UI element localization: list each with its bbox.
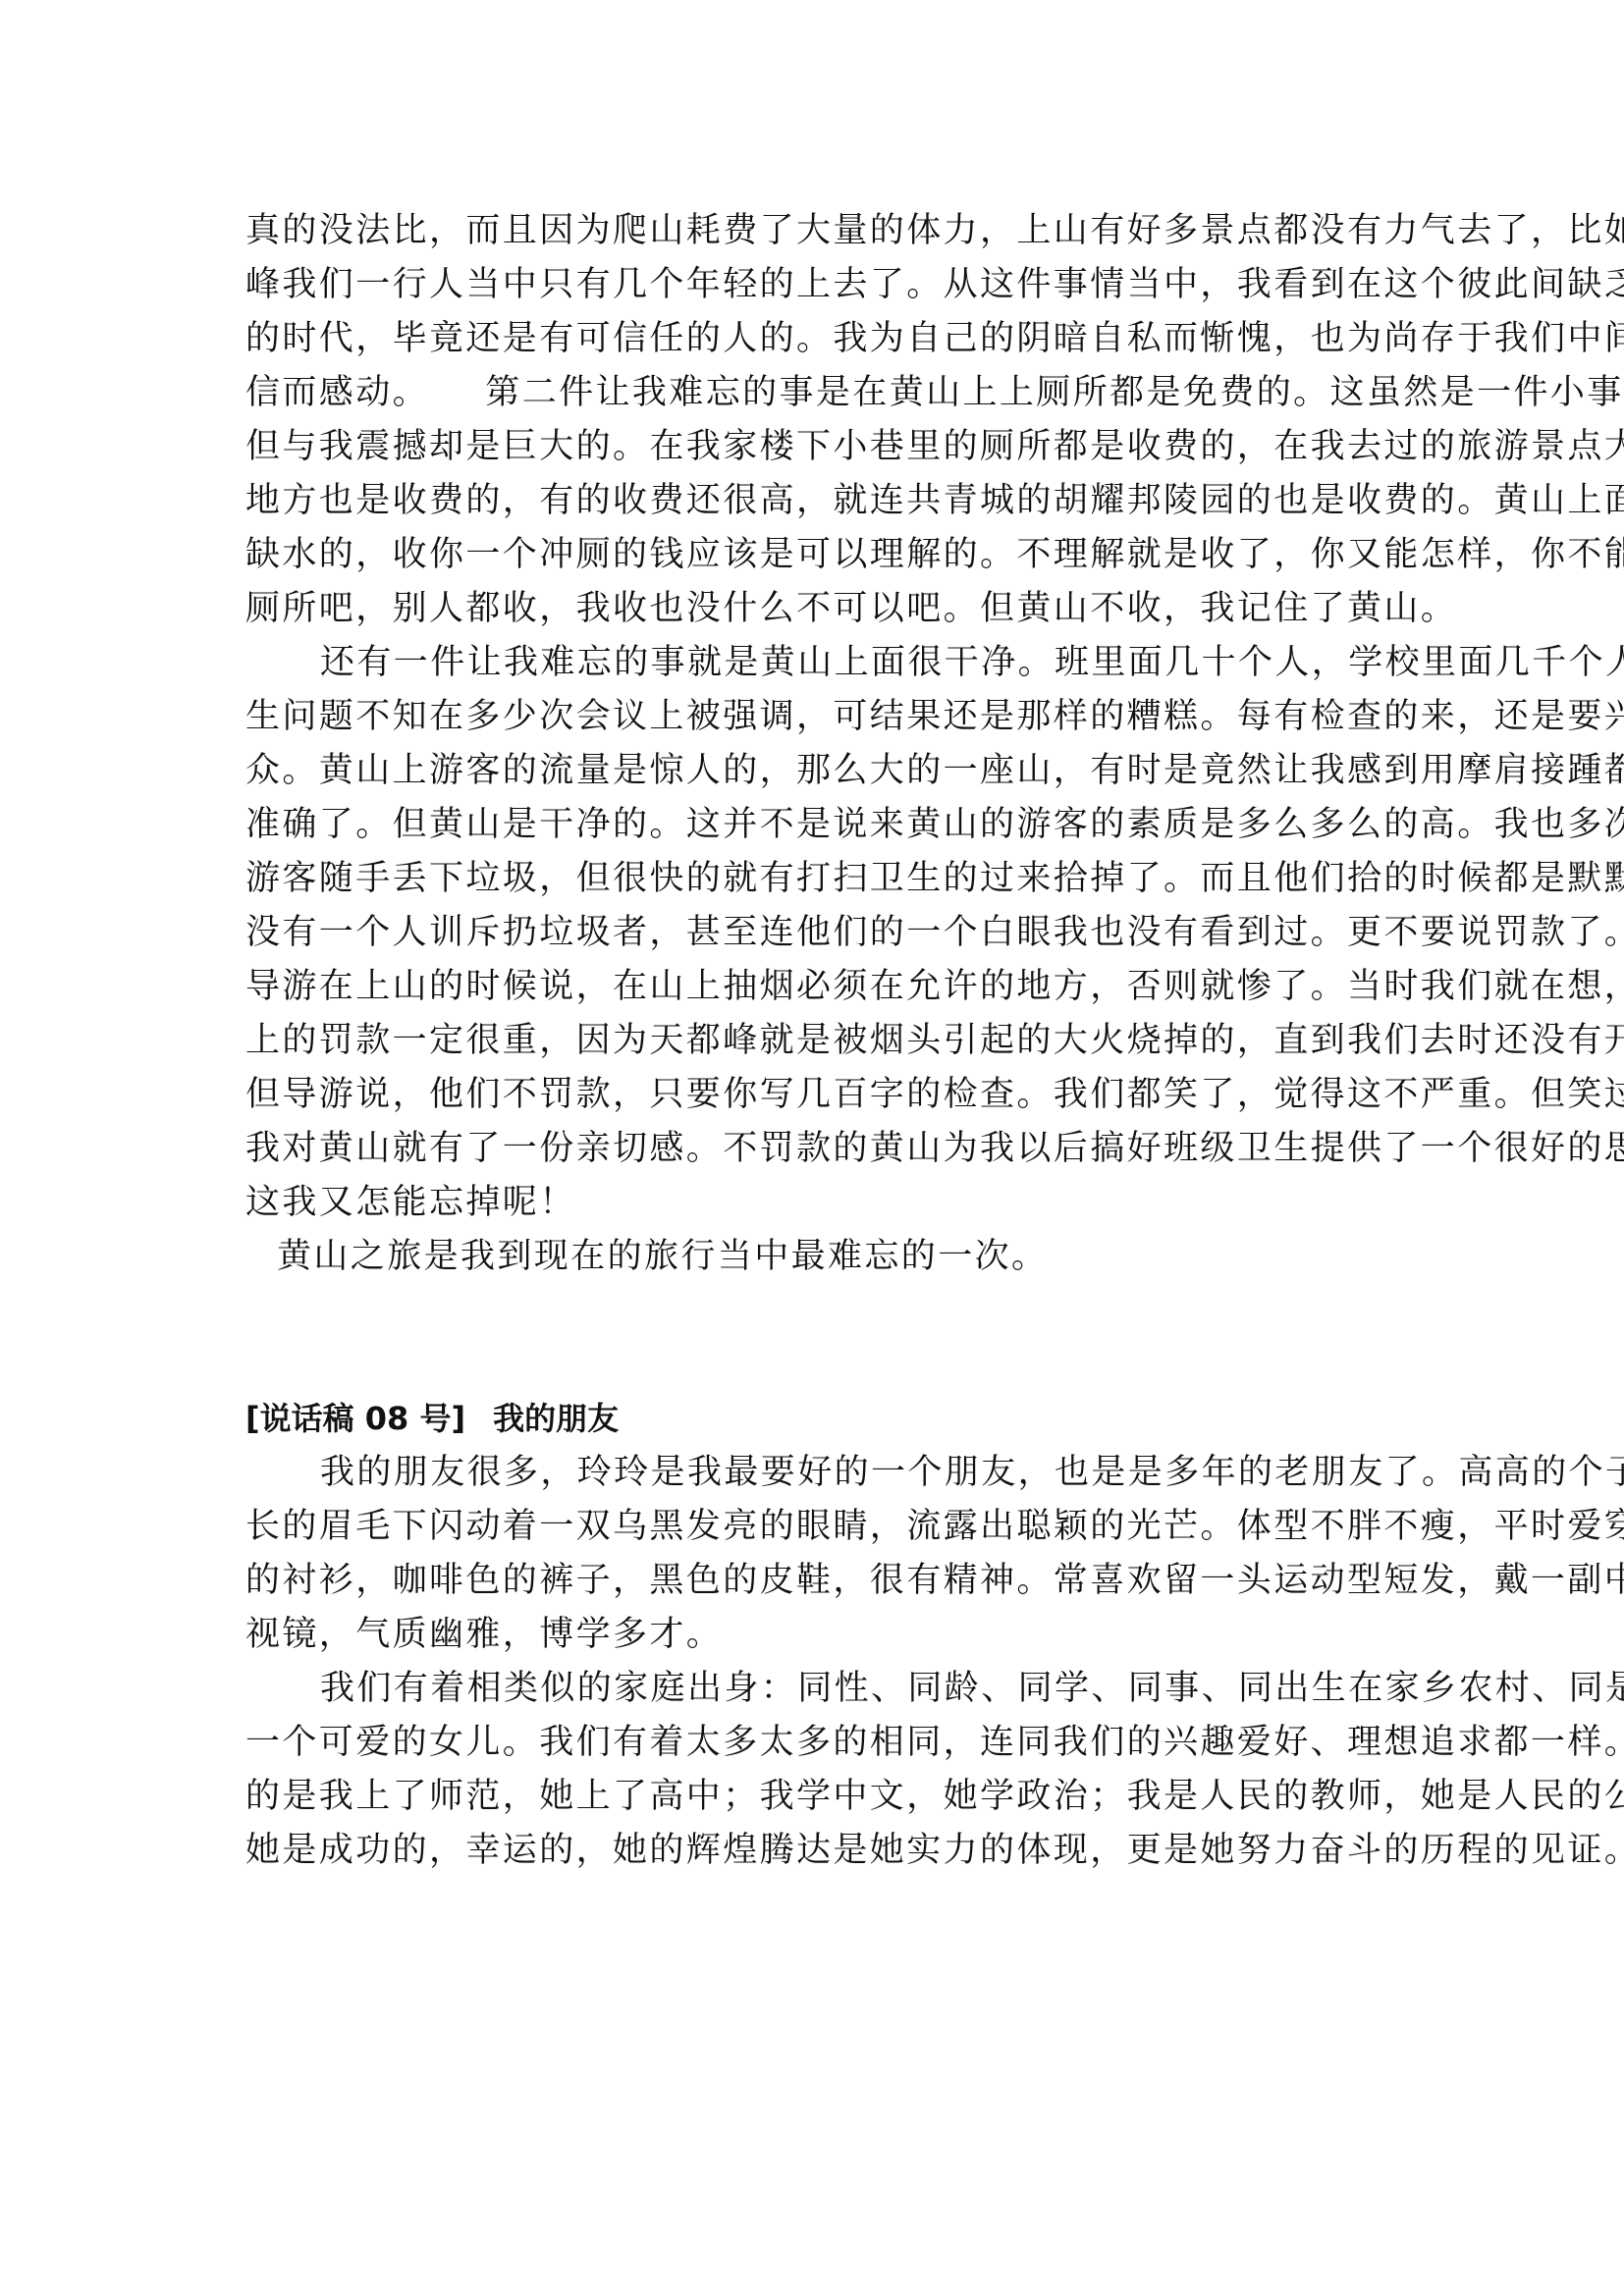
- text-line: 上的罚款一定很重，因为天都峰就是被烟头引起的大火烧掉的，直到我们去时还没有开放。: [245, 1014, 1394, 1068]
- text-line: 生问题不知在多少次会议上被强调，可结果还是那样的糟糕。每有检查的来，还是要兴师动: [245, 690, 1394, 744]
- spacer: [245, 1284, 1394, 1392]
- document-page: 真的没法比，而且因为爬山耗费了大量的体力，上山有好多景点都没有力气去了，比如莲花…: [245, 204, 1394, 1878]
- text-line: 没有一个人训斥扔垃圾者，甚至连他们的一个白眼我也没有看到过。更不要说罚款了。记得: [245, 906, 1394, 960]
- text-line: 还有一件让我难忘的事就是黄山上面很干净。班里面几十个人，学校里面几千个人，卫: [245, 636, 1394, 690]
- text-line: 这我又怎能忘掉呢！: [245, 1176, 1394, 1230]
- paragraph: 真的没法比，而且因为爬山耗费了大量的体力，上山有好多景点都没有力气去了，比如莲花…: [245, 204, 1394, 636]
- text-line: 导游在上山的时候说，在山上抽烟必须在允许的地方，否则就惨了。当时我们就在想，黄山: [245, 960, 1394, 1014]
- text-line: 一个可爱的女儿。我们有着太多太多的相同，连同我们的兴趣爱好、理想追求都一样。不同: [245, 1716, 1394, 1770]
- text-line: 的衬衫，咖啡色的裤子，黑色的皮鞋，很有精神。常喜欢留一头运动型短发，戴一副中度近: [245, 1554, 1394, 1608]
- text-line: 厕所吧，别人都收，我收也没什么不可以吧。但黄山不收，我记住了黄山。: [245, 582, 1394, 636]
- text-line: 我们有着相类似的家庭出身：同性、同龄、同学、同事、同出生在家乡农村、同是生有: [245, 1662, 1394, 1716]
- paragraph: 还有一件让我难忘的事就是黄山上面很干净。班里面几十个人，学校里面几千个人，卫 生…: [245, 636, 1394, 1230]
- paragraph: 我们有着相类似的家庭出身：同性、同龄、同学、同事、同出生在家乡农村、同是生有 一…: [245, 1662, 1394, 1878]
- text-line: 信而感动。 第二件让我难忘的事是在黄山上上厕所都是免费的。这虽然是一件小事，: [245, 366, 1394, 420]
- text-line: 众。黄山上游客的流量是惊人的，那么大的一座山，有时是竟然让我感到用摩肩接踵都不够: [245, 744, 1394, 798]
- heading-label: [说话稿 08 号]: [245, 1400, 465, 1437]
- text-line: 我的朋友很多，玲玲是我最要好的一个朋友，也是是多年的老朋友了。高高的个子，细: [245, 1446, 1394, 1500]
- text-line: 峰我们一行人当中只有几个年轻的上去了。从这件事情当中，我看到在这个彼此间缺乏信任: [245, 258, 1394, 312]
- text-line: 游客随手丢下垃圾，但很快的就有打扫卫生的过来拾掉了。而且他们拾的时候都是默默地，: [245, 852, 1394, 906]
- text-line: 的是我上了师范，她上了高中；我学中文，她学政治；我是人民的教师，她是人民的公朴。: [245, 1770, 1394, 1824]
- text-line: 我对黄山就有了一份亲切感。不罚款的黄山为我以后搞好班级卫生提供了一个很好的思路。: [245, 1122, 1394, 1176]
- text-line: 但与我震撼却是巨大的。在我家楼下小巷里的厕所都是收费的，在我去过的旅游景点大多数: [245, 420, 1394, 474]
- text-line: 地方也是收费的，有的收费还很高，就连共青城的胡耀邦陵园的也是收费的。黄山上面是很: [245, 474, 1394, 528]
- text-line: 视镜，气质幽雅，博学多才。: [245, 1608, 1394, 1662]
- text-line: 但导游说，他们不罚款，只要你写几百字的检查。我们都笑了，觉得这不严重。但笑过之后: [245, 1068, 1394, 1122]
- paragraph: 我的朋友很多，玲玲是我最要好的一个朋友，也是是多年的老朋友了。高高的个子，细 长…: [245, 1446, 1394, 1662]
- text-line: 准确了。但黄山是干净的。这并不是说来黄山的游客的素质是多么多么的高。我也多次看到: [245, 798, 1394, 852]
- text-line: 黄山之旅是我到现在的旅行当中最难忘的一次。: [245, 1230, 1394, 1284]
- text-line: 缺水的，收你一个冲厕的钱应该是可以理解的。不理解就是收了，你又能怎样，你不能不上: [245, 528, 1394, 582]
- text-line: 真的没法比，而且因为爬山耗费了大量的体力，上山有好多景点都没有力气去了，比如莲花: [245, 204, 1394, 258]
- text-line: 的时代，毕竟还是有可信任的人的。我为自己的阴暗自私而惭愧，也为尚存于我们中间的诚: [245, 312, 1394, 366]
- heading-title: 我的朋友: [493, 1400, 619, 1437]
- section-heading: [说话稿 08 号]我的朋友: [245, 1392, 1394, 1446]
- paragraph: 黄山之旅是我到现在的旅行当中最难忘的一次。: [245, 1230, 1394, 1284]
- text-line: 她是成功的，幸运的，她的辉煌腾达是她实力的体现，更是她努力奋斗的历程的见证。我为: [245, 1824, 1394, 1878]
- text-line: 长的眉毛下闪动着一双乌黑发亮的眼睛，流露出聪颖的光芒。体型不胖不瘦，平时爱穿蓝色: [245, 1500, 1394, 1554]
